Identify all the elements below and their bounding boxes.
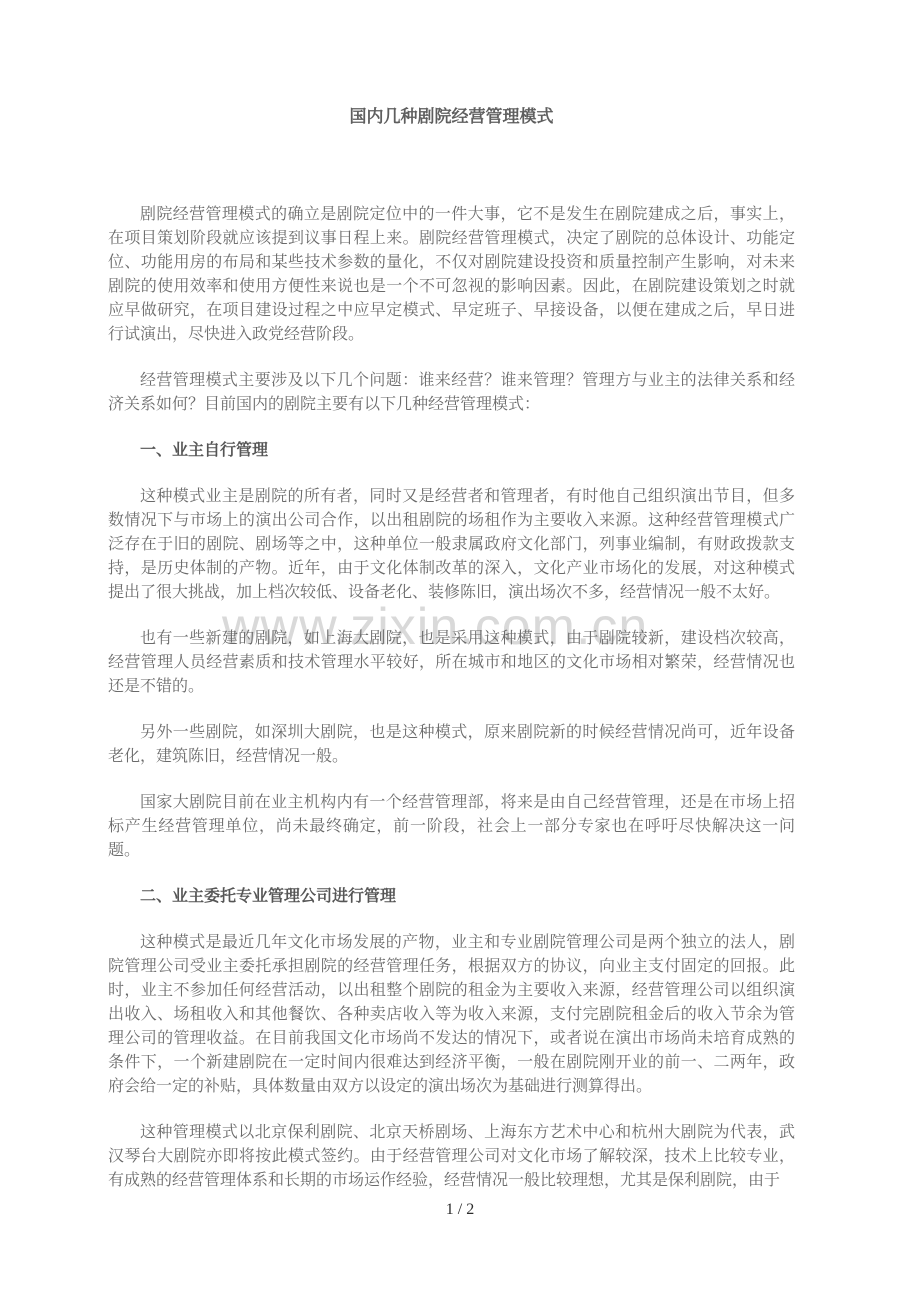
paragraph: 国家大剧院目前在业主机构内有一个经营管理部，将来是由自己经营管理，还是在市场上招… xyxy=(108,791,795,863)
paragraph: 剧院经营管理模式的确立是剧院定位中的一件大事，它不是发生在剧院建成之后，事实上，… xyxy=(108,203,795,347)
page-title: 国内几种剧院经营管理模式 xyxy=(108,105,795,129)
paragraph-list: 剧院经营管理模式的确立是剧院定位中的一件大事，它不是发生在剧院建成之后，事实上，… xyxy=(108,203,795,1193)
section-heading: 一、业主自行管理 xyxy=(108,439,795,463)
paragraph: 这种管理模式以北京保利剧院、北京天桥剧场、上海东方艺术中心和杭州大剧院为代表，武… xyxy=(108,1121,795,1193)
document-content: 国内几种剧院经营管理模式 剧院经营管理模式的确立是剧院定位中的一件大事，它不是发… xyxy=(0,0,920,1193)
document-page: www.zixin.com.cn 国内几种剧院经营管理模式 剧院经营管理模式的确… xyxy=(0,0,920,1302)
paragraph: 经营管理模式主要涉及以下几个问题：谁来经营？谁来管理？管理方与业主的法律关系和经… xyxy=(108,369,795,417)
page-number: 1 / 2 xyxy=(0,1201,920,1219)
paragraph: 这种模式是最近几年文化市场发展的产物，业主和专业剧院管理公司是两个独立的法人，剧… xyxy=(108,931,795,1099)
section-heading: 二、业主委托专业管理公司进行管理 xyxy=(108,885,795,909)
paragraph: 也有一些新建的剧院，如上海大剧院，也是采用这种模式，由于剧院较新，建设档次较高，… xyxy=(108,627,795,699)
paragraph: 这种模式业主是剧院的所有者，同时又是经营者和管理者，有时他自己组织演出节目，但多… xyxy=(108,485,795,605)
paragraph: 另外一些剧院，如深圳大剧院，也是这种模式，原来剧院新的时候经营情况尚可，近年设备… xyxy=(108,721,795,769)
